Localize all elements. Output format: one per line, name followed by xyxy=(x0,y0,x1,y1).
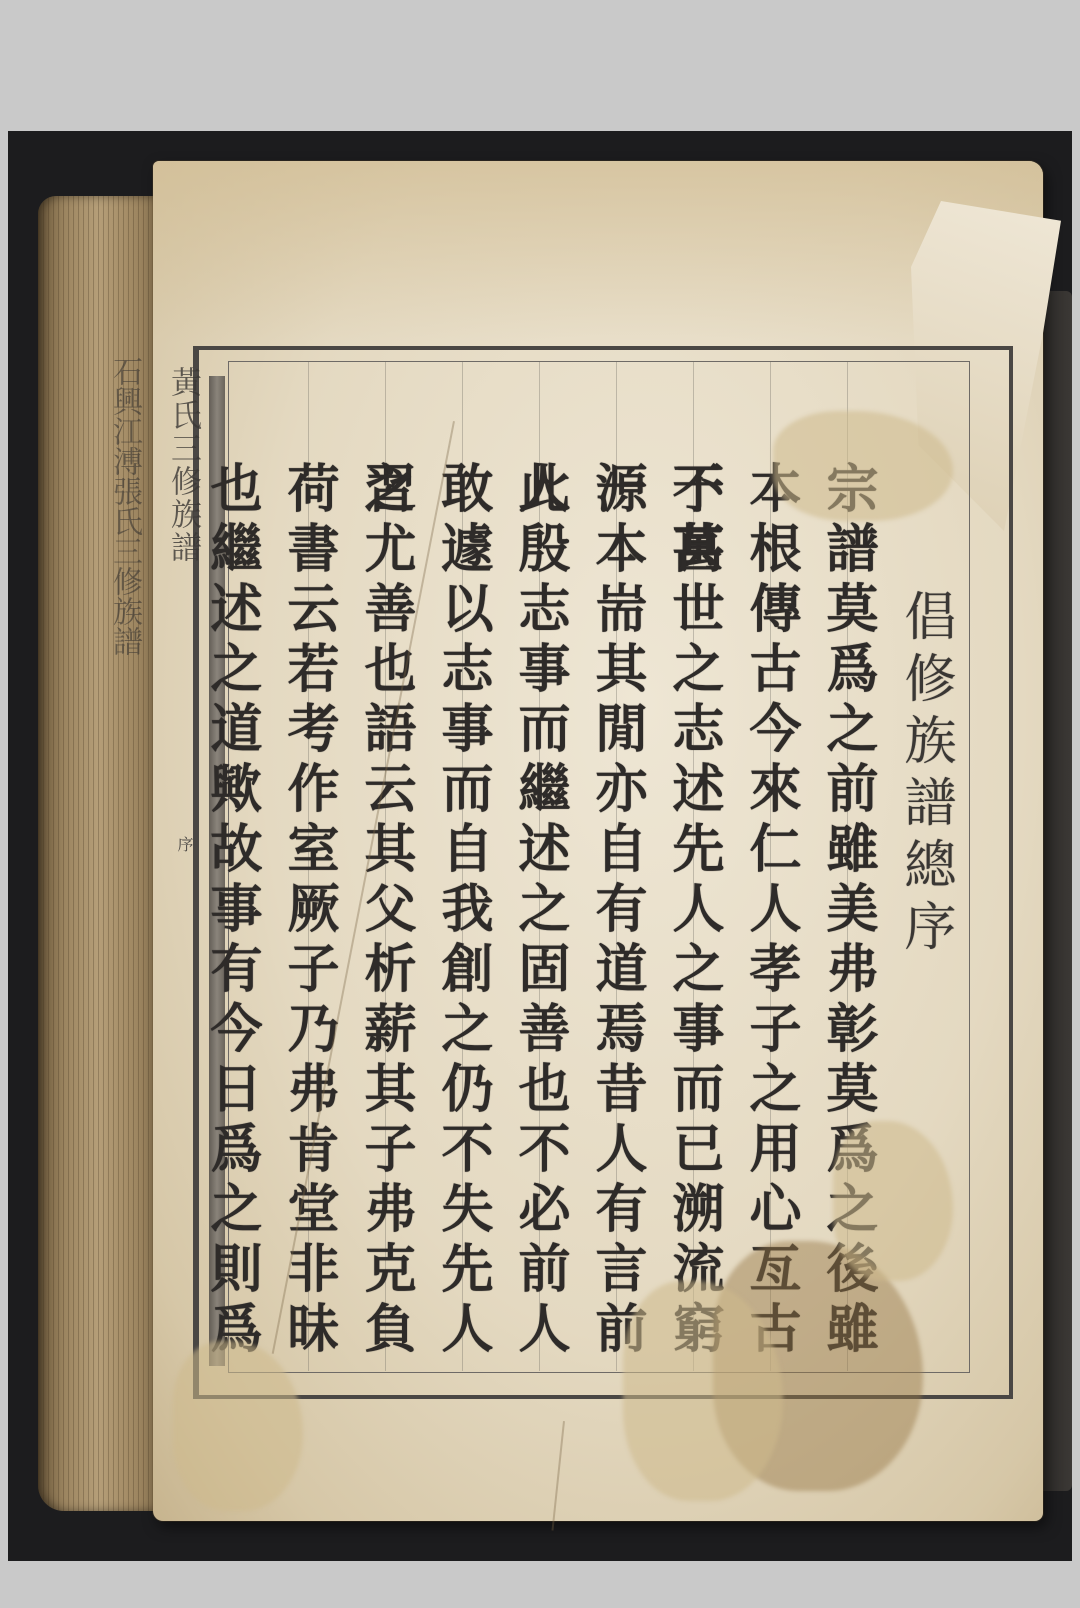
text-column-9: 也繼述之道歟故事有今日爲之則爲 xyxy=(193,461,270,1361)
text-column-2: 本根傳古今來仁人孝子之用心亙古不甚 xyxy=(732,461,809,1361)
front-page: 黃氏三修族譜 石興江溥張氏三修族譜 序 倡修族譜總序 宗譜莫爲之前雖美弗彰莫爲之… xyxy=(153,161,1043,1521)
text-column-6: 敢遽以志事而自我創之仍不失先人之 xyxy=(424,461,501,1361)
text-column-8: 荷書云若考作室厥子乃弗肯堂非昧 xyxy=(270,461,347,1361)
text-column-4: 一本耑其閒亦自有道焉昔人有言前人 xyxy=(578,461,655,1361)
text-column-5: 此殷志事而繼述之固善也不必前人 xyxy=(501,461,578,1361)
top-stain xyxy=(153,161,1043,341)
fold-crease xyxy=(552,1421,565,1531)
genealogy-book: 黃氏三修族譜 石興江溥張氏三修族譜 序 倡修族譜總序 宗譜莫爲之前雖美弗彰莫爲之… xyxy=(38,161,1048,1541)
photo-backdrop: 黃氏三修族譜 石興江溥張氏三修族譜 序 倡修族譜總序 宗譜莫爲之前雖美弗彰莫爲之… xyxy=(8,131,1072,1561)
spine-title: 石興江溥張氏三修族譜 xyxy=(103,356,143,656)
text-column-3: 于萬世之志述先人之事而已溯流窮源 xyxy=(655,461,732,1361)
